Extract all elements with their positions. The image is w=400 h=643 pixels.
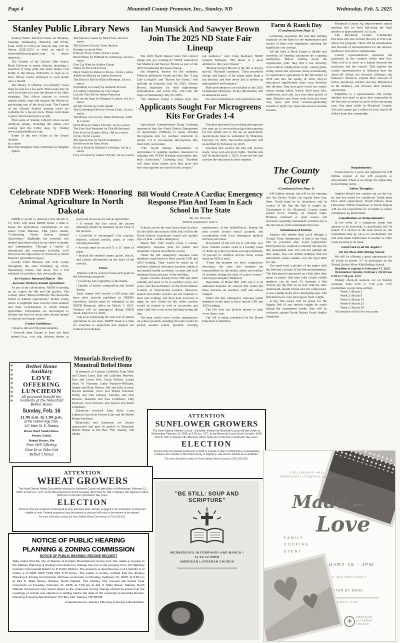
list-item: Safety Thoughts: bbox=[331, 187, 392, 191]
list-item: County representatives represent the pro… bbox=[331, 53, 392, 92]
list-item: Eligibility to a representative and voti… bbox=[331, 92, 392, 115]
list-item: 107 Main St. E, Stanley bbox=[15, 425, 68, 429]
farm-ranch-body: Farm & Ranch Day (Continued from Page 1)… bbox=[266, 22, 392, 165]
article-farm-ranch-day: Farm & Ranch Day (Continued from Page 1)… bbox=[266, 22, 392, 165]
venue-line-2: AMERICAN LUTHERAN CHURCH bbox=[280, 476, 338, 479]
list-item: On the Move Kids Baking School bbox=[331, 250, 392, 254]
article-microgreens: Applicants Sought For Microgreens Kits F… bbox=[137, 103, 263, 190]
list-item: Submission of Entries: bbox=[266, 228, 327, 232]
newspaper-page: { "page": { "label": "Page 4", "masthead… bbox=[0, 0, 400, 643]
wheat-details: The North Dakota Wheat Commission electi… bbox=[16, 488, 149, 498]
library-paragraphs: Stanley Public Library's hours are Monda… bbox=[8, 36, 69, 141]
list-item: Donations received from Holy Cross Luthe… bbox=[72, 409, 134, 421]
sunflower-election: ELECTION bbox=[148, 440, 265, 449]
list-item: A big fish award will be given for the b… bbox=[266, 299, 327, 319]
list-item: • Open to 4th and 5th grade students. bbox=[8, 327, 69, 331]
be-still-fine-print bbox=[177, 568, 237, 570]
hearts-border-icon: ♥ ♥ ♥ ♥ ♥ ♥ ♥ ♥ ♥ bbox=[10, 364, 14, 403]
be-still-location: AMERICAN LUTHERAN CHURCH bbox=[155, 560, 259, 565]
list-item: The bill does not include money to help … bbox=[202, 308, 263, 316]
state-fair-body: The 2025 North Dakota State Fair concert… bbox=[137, 55, 263, 102]
list-item: • Include the student's name, grade, sch… bbox=[73, 254, 134, 266]
sunflower-title: SUNFLOWER GROWERS bbox=[148, 420, 265, 429]
wheat-eligibility: Persons who are residents of Mountrail C… bbox=[16, 508, 149, 515]
list-item: Potato Salad, bbox=[15, 434, 68, 438]
list-item: • A written fun fact about the chosen an… bbox=[73, 222, 134, 234]
wheat-title: WHEAT GROWERS bbox=[13, 477, 152, 487]
list-item: Youth must be 5 years old registered in … bbox=[331, 171, 392, 187]
list-item: LUNCHEON bbox=[15, 388, 68, 395]
notice-subhead: NOTICE OF PUBLIC HEARING: REZONE REQUEST bbox=[9, 555, 148, 559]
article-cardiac-bill: Bill Would Create A Cardiac Emergency Re… bbox=[137, 191, 263, 409]
list-item: You must send a picture of the angler wi… bbox=[266, 264, 327, 299]
heart-cookies-photo: ♥ ♥ bbox=[263, 556, 340, 642]
list-item: Ian Munsick, known for his authentic Wes… bbox=[137, 70, 198, 97]
memorials-body: In memory of Corinne Littlefield from Mi… bbox=[72, 370, 134, 436]
farm-ranch-headline: Farm & Ranch Day bbox=[266, 22, 327, 29]
microgreens-body: Agriculture Commissioner Doug Goehring a… bbox=[137, 123, 263, 190]
list-item: Teachers that receive the kits will rece… bbox=[202, 146, 263, 162]
list-item: Each winner will receive a $50 prize and… bbox=[73, 292, 134, 315]
list-item: All proceeds benefit the residents at th… bbox=[15, 395, 68, 406]
list-item: Peril on the Page by Margaret Loudon, 3r… bbox=[73, 97, 134, 105]
list-item: Face of Greed by James L'Etoile, 1st in … bbox=[73, 153, 134, 157]
venue-line-1: FELLOWSHIP HALL, bbox=[290, 472, 326, 475]
list-item: Prizes: bbox=[73, 267, 134, 271]
article-ndfb-week: Celebrate NDFB Week: Honoring Animal Agr… bbox=[8, 187, 134, 355]
list-item: Under the bill, emergency response teams… bbox=[202, 296, 263, 308]
list-item: 11:00 a.m. to 1:00 p.m. bbox=[15, 415, 68, 420]
notice-body: Take notice that the city of Stanley & F… bbox=[13, 560, 145, 600]
issue-date: Wednesday, Feb. 5, 2025 bbox=[336, 6, 392, 12]
list-item: Sports coaches already have CPR and AED … bbox=[137, 277, 198, 316]
list-item: The Mystery Guest by Nita Prose, 2nd in … bbox=[73, 36, 134, 44]
library-body: Stanley Public Library's hours are Monda… bbox=[8, 36, 134, 187]
list-item: The House of Cross by James Patterson, 2… bbox=[73, 116, 134, 124]
farm-ranch-continued: (Continued from Page 1) bbox=[266, 29, 327, 33]
wheat-contact: For more information contact the North D… bbox=[16, 516, 149, 519]
with-word: with bbox=[353, 503, 364, 508]
list-item: Some of the new books at the library inc… bbox=[8, 134, 69, 142]
article-county-clover: The County Clover(Continued from Page 1)… bbox=[266, 166, 392, 449]
list-item: Teachers interested in receiving microgr… bbox=[202, 123, 263, 146]
list-item: Art Contest: Barnyard Bunch - The Awesom… bbox=[8, 277, 69, 285]
email-domain: @GMAIL.COM bbox=[334, 601, 358, 604]
list-item: Baked Beans, Pie bbox=[15, 438, 68, 442]
list-item: Dine-In or Take-Out bbox=[15, 448, 68, 452]
ndfb-headline: Celebrate NDFB Week: Honoring Animal Agr… bbox=[8, 187, 134, 216]
list-item: at the Golden Age Club, bbox=[15, 420, 68, 424]
list-item: All the land at Beck Farms is tillable a… bbox=[266, 50, 327, 113]
page-header: Page 4 Mountrail County Promoter, Inc., … bbox=[8, 6, 392, 20]
love-word: Love bbox=[316, 514, 370, 535]
byline-role: NDNA Legislative Intern bbox=[183, 220, 218, 224]
ad-love-offering-luncheon: ♥ ♥ ♥ ♥ ♥ ♥ ♥ ♥ ♥ Bethel Home AuxiliaryL… bbox=[9, 362, 71, 463]
list-item: Cancellations or Postponements: bbox=[331, 216, 392, 220]
ad-sunflower-election: ATTENTION SUNFLOWER GROWERS The North Da… bbox=[147, 409, 266, 479]
list-item: The library is offering "eco-friendly" b… bbox=[8, 83, 69, 118]
list-item: "Having Sawyer Brown at the fair is alwa… bbox=[202, 66, 263, 86]
list-item: 4-H Online system, but will be for enter… bbox=[266, 192, 327, 227]
list-item: Winners will be selected from each grade… bbox=[73, 271, 134, 279]
list-item: In memory of Corinne Littlefield from Mi… bbox=[72, 370, 134, 409]
masthead: Mountrail County Promoter, Inc., Stanley… bbox=[127, 6, 232, 12]
list-item: Under the bill, emergency response team … bbox=[137, 253, 198, 276]
list-item: "From the moment we have compulsory educ… bbox=[202, 261, 263, 281]
memorials-headline: Memorials Received By Mountrail Bethel H… bbox=[72, 356, 134, 369]
list-item: Good Luck to all the Anglers! bbox=[331, 245, 392, 249]
list-item: Both performances are included in the 20… bbox=[202, 86, 263, 98]
article-library-news: Stanley Public Library News Stanley Publ… bbox=[8, 24, 134, 187]
list-item: The Friends of the Library offer Senior … bbox=[8, 60, 69, 83]
ad-made-with-love: FELLOWSHIP HALL,AMERICAN LUTHERAN CHURCH… bbox=[263, 450, 396, 642]
heart-cookie-icon: ♥ bbox=[300, 590, 322, 614]
list-item: The County Clover bbox=[266, 166, 327, 186]
list-item: Orientation: Sunday, February 23rd from … bbox=[331, 271, 392, 279]
list-item: Anglers will submit their catch through … bbox=[266, 233, 327, 264]
list-item: Opponents of House Bill 1322 say it is a… bbox=[202, 281, 263, 297]
sunflower-eligibility: Anyone who has planted sunflowers in 202… bbox=[151, 450, 262, 457]
ndfb-body: NDFB is proud to announce that March 9-1… bbox=[8, 218, 134, 355]
event-line-2: COOKING bbox=[284, 543, 309, 547]
list-item: House Bill 1322 would create a cardiac e… bbox=[137, 242, 198, 254]
page-number: Page 4 bbox=[8, 6, 23, 12]
event-line-1: FAMILY bbox=[284, 537, 304, 541]
list-item: Contest Guidelines: bbox=[8, 322, 69, 326]
ad-wheat-election: ATTENTION WHEAT GROWERS The North Dakota… bbox=[12, 466, 153, 532]
soup-bowl-image bbox=[158, 601, 204, 636]
heart-cookie-icon: ♥ bbox=[269, 572, 305, 610]
list-item: Sunday, Feb. 16 bbox=[15, 408, 68, 414]
list-item: Join us in celebrating the vital role of… bbox=[73, 316, 134, 332]
cardiac-bill-body: Schools across the state have plans in p… bbox=[137, 226, 263, 409]
list-item: Find some of Stanley Library's most rece… bbox=[8, 119, 69, 135]
list-item: Hard Winter by William W. Johnstone, 2nd… bbox=[73, 55, 134, 63]
wheat-election: ELECTION bbox=[13, 498, 152, 507]
list-item: For more information, visit ndstatefair.… bbox=[202, 98, 263, 102]
cross-and-book-icon bbox=[155, 507, 259, 552]
list-item: • Artwork must be on an 8.5" x 11" sheet… bbox=[73, 246, 134, 254]
list-item: In the event of a dangerous storm that a… bbox=[331, 221, 392, 244]
list-item: The bill is being considered by the Hous… bbox=[202, 316, 263, 324]
ad-public-hearing-notice: NOTICE OF PUBLIC HEARING PLANNING & ZONI… bbox=[8, 533, 149, 632]
list-item: Stanley Public Library's hours are Monda… bbox=[8, 36, 69, 59]
list-item: Road to Ruin by Michael Ledwidge, 3rd in… bbox=[73, 146, 134, 154]
list-item: Proponents of the bill say it will help … bbox=[202, 242, 263, 262]
list-item: technology programs. He uses that traini… bbox=[266, 34, 327, 50]
list-item: • Creativity and originality of the them… bbox=[73, 280, 134, 284]
event-line-3: EVENT bbox=[284, 550, 302, 554]
list-item: The 2025 North Dakota State Fair concert… bbox=[137, 55, 198, 71]
list-item: How My Neighbor Stole Christmas by Megha… bbox=[8, 146, 69, 154]
be-still-title-2: SCRIPTURE" bbox=[155, 497, 259, 503]
list-item: The Mountrail County Commodity Elections… bbox=[331, 34, 392, 54]
made-word: Made bbox=[292, 493, 348, 511]
list-item: "The North Dakota Department of Agricult… bbox=[137, 146, 198, 169]
list-item: (Continued from Page 1) bbox=[266, 186, 327, 190]
church-name-3: CHURCH bbox=[356, 623, 369, 626]
love-luncheon-lines: Bethel Home AuxiliaryLOVEOFFERINGLUNCHEO… bbox=[10, 363, 70, 457]
list-item: As per of the celebrations, NDFB is host… bbox=[8, 286, 69, 321]
farm-ranch-paragraphs: technology programs. He uses that traini… bbox=[266, 22, 392, 116]
notice-title-1: NOTICE OF PUBLIC HEARING bbox=[9, 537, 148, 544]
list-item: All sessions will be live via zoom. bbox=[331, 310, 392, 314]
sunflower-details: The North Dakota Oilseed Council - Sunfl… bbox=[151, 429, 262, 439]
list-item: NDFB is proud to announce that March 9-1… bbox=[8, 218, 69, 261]
county-clover-body: The County Clover(Continued from Page 1)… bbox=[266, 166, 392, 449]
list-item: We will be offering a great opportunity … bbox=[331, 255, 392, 267]
list-item: Bethel Home Auxiliary bbox=[15, 365, 68, 375]
ad-soup-and-scripture: "BE STILL: SOUP AND SCRIPTURE" WEDNESDAY… bbox=[155, 481, 259, 640]
list-item: The Dead to Die by Allison Brennan, 1st … bbox=[73, 78, 134, 86]
library-headline: Stanley Public Library News bbox=[8, 24, 134, 34]
list-item: Memorials and donations are always appre… bbox=[72, 421, 134, 437]
list-item: • Quality of artistic composition and ov… bbox=[73, 284, 134, 292]
event-cost: COST: $20 PER FAMILY bbox=[324, 576, 367, 580]
church-logo-icon: ✚ bbox=[344, 616, 355, 627]
list-item: • Creativity is encouraged! Use crayons,… bbox=[73, 234, 134, 246]
list-item: Mountrail County Ag Improvement annual m… bbox=[331, 22, 392, 34]
header-rule bbox=[8, 20, 392, 21]
article-memorials: Memorials Received By Mountrail Bethel H… bbox=[72, 356, 134, 460]
list-item: Weekly check-in sessions are on Sunday e… bbox=[331, 279, 392, 291]
notice-title-2: PLANNING & ZONING COMMISSION bbox=[9, 546, 148, 553]
list-item: Anglers should use caution out on the ic… bbox=[331, 192, 392, 215]
list-item: The Gardening Killer by Steven Clark, 1s… bbox=[73, 108, 134, 116]
list-item: Roast Beef Sandwiches, bbox=[15, 429, 68, 433]
list-item: Schools across the state have plans in p… bbox=[137, 226, 198, 242]
list-item: Bethel Chimes bbox=[15, 453, 68, 457]
notice-signature: Amanda Dennis, Stanley Planning & Zoning… bbox=[13, 600, 144, 604]
state-fair-headline: Ian Munsick And Sawyer Brown Join The 20… bbox=[137, 24, 263, 53]
microgreens-headline: Applicants Sought For Microgreens Kits F… bbox=[137, 103, 263, 121]
cardiac-bill-headline: Bill Would Create A Cardiac Emergency Re… bbox=[137, 191, 263, 215]
article-state-fair: Ian Munsick And Sawyer Brown Join The 20… bbox=[137, 24, 263, 102]
list-item: County Farm Bureaus will hold events thr… bbox=[8, 261, 69, 277]
list-item: Free Will Offering bbox=[15, 444, 68, 448]
list-item: Requirements: bbox=[331, 166, 392, 170]
list-item: Agriculture Commissioner Doug Goehring a… bbox=[137, 123, 198, 146]
sunflower-contact: For more information contact the North D… bbox=[151, 457, 262, 460]
